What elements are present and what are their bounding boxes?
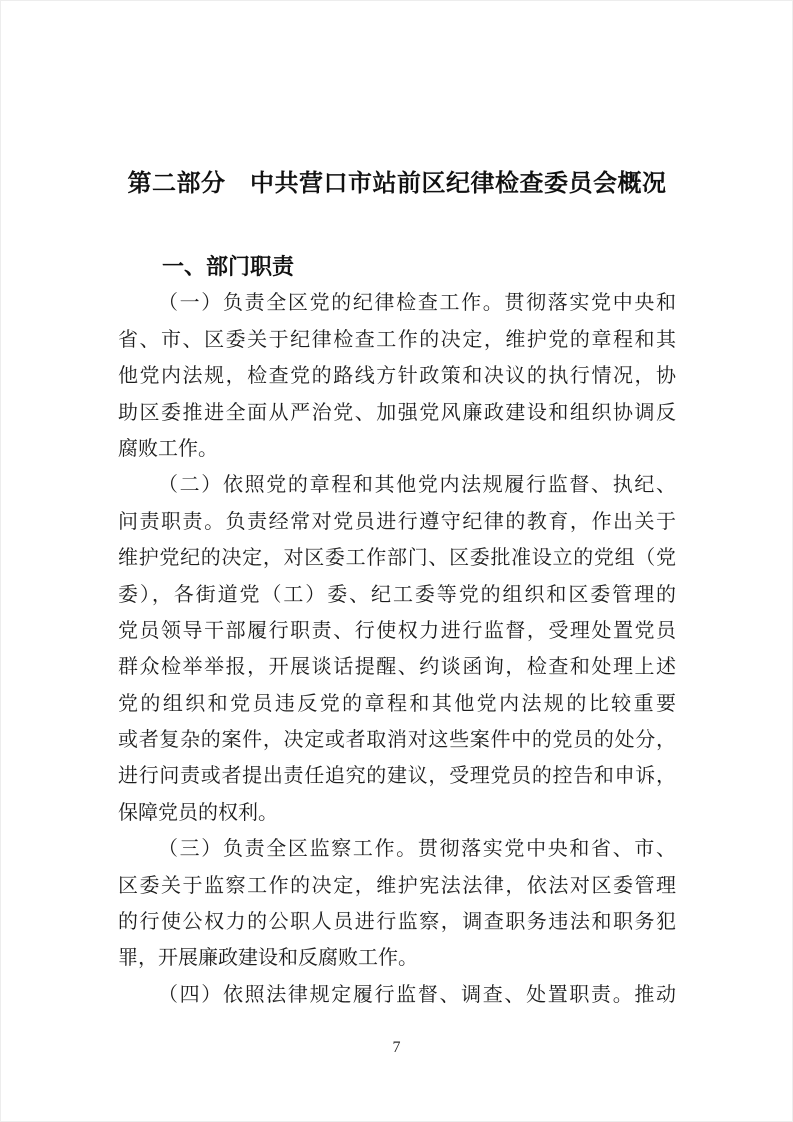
document-body: 第二部分 中共营口市站前区纪律检查委员会概况 一、部门职责 （一）负责全区党的纪… [118,166,676,1013]
text-line: 或者复杂的案件，决定或者取消对这些案件中的党员的处分， [118,722,676,758]
text-line: 保障党员的权利。 [118,795,676,831]
text-line: （二）依照党的章程和其他党内法规履行监督、执纪、 [118,467,676,503]
text-line: 他党内法规，检查党的路线方针政策和决议的执行情况，协 [118,358,676,394]
body-paragraph: （二）依照党的章程和其他党内法规履行监督、执纪、 问责职责。负责经常对党员进行遵… [118,467,676,831]
text-line: 罪，开展廉政建设和反腐败工作。 [118,940,676,976]
text-line: 党的组织和党员违反党的章程和其他党内法规的比较重要 [118,686,676,722]
page-number: 7 [0,1036,793,1060]
text-line: 的行使公权力的公职人员进行监察，调查职务违法和职务犯 [118,904,676,940]
text-line: 委），各街道党（工）委、纪工委等党的组织和区委管理的 [118,577,676,613]
text-line: 维护党纪的决定，对区委工作部门、区委批准设立的党组（党 [118,540,676,576]
text-line: 进行问责或者提出责任追究的建议，受理党员的控告和申诉， [118,758,676,794]
document-page: 第二部分 中共营口市站前区纪律检查委员会概况 一、部门职责 （一）负责全区党的纪… [0,0,793,1122]
text-line: 省、市、区委关于纪律检查工作的决定，维护党的章程和其 [118,322,676,358]
body-paragraph: （四）依照法律规定履行监督、调查、处置职责。推动 [118,977,676,1013]
document-title: 第二部分 中共营口市站前区纪律检查委员会概况 [118,166,676,202]
text-line: 助区委推进全面从严治党、加强党风廉政建设和组织协调反 [118,395,676,431]
body-paragraph: （一）负责全区党的纪律检查工作。贯彻落实党中央和 省、市、区委关于纪律检查工作的… [118,285,676,467]
text-line: 问责职责。负责经常对党员进行遵守纪律的教育，作出关于 [118,504,676,540]
text-line: （一）负责全区党的纪律检查工作。贯彻落实党中央和 [118,285,676,321]
text-line: （三）负责全区监察工作。贯彻落实党中央和省、市、 [118,831,676,867]
text-line: （四）依照法律规定履行监督、调查、处置职责。推动 [118,977,676,1013]
section-heading: 一、部门职责 [118,249,676,285]
text-line: 群众检举举报，开展谈话提醒、约谈函询，检查和处理上述 [118,649,676,685]
text-line: 区委关于监察工作的决定，维护宪法法律，依法对区委管理 [118,868,676,904]
body-paragraph: （三）负责全区监察工作。贯彻落实党中央和省、市、 区委关于监察工作的决定，维护宪… [118,831,676,977]
text-line: 党员领导干部履行职责、行使权力进行监督，受理处置党员 [118,613,676,649]
text-line: 腐败工作。 [118,431,676,467]
